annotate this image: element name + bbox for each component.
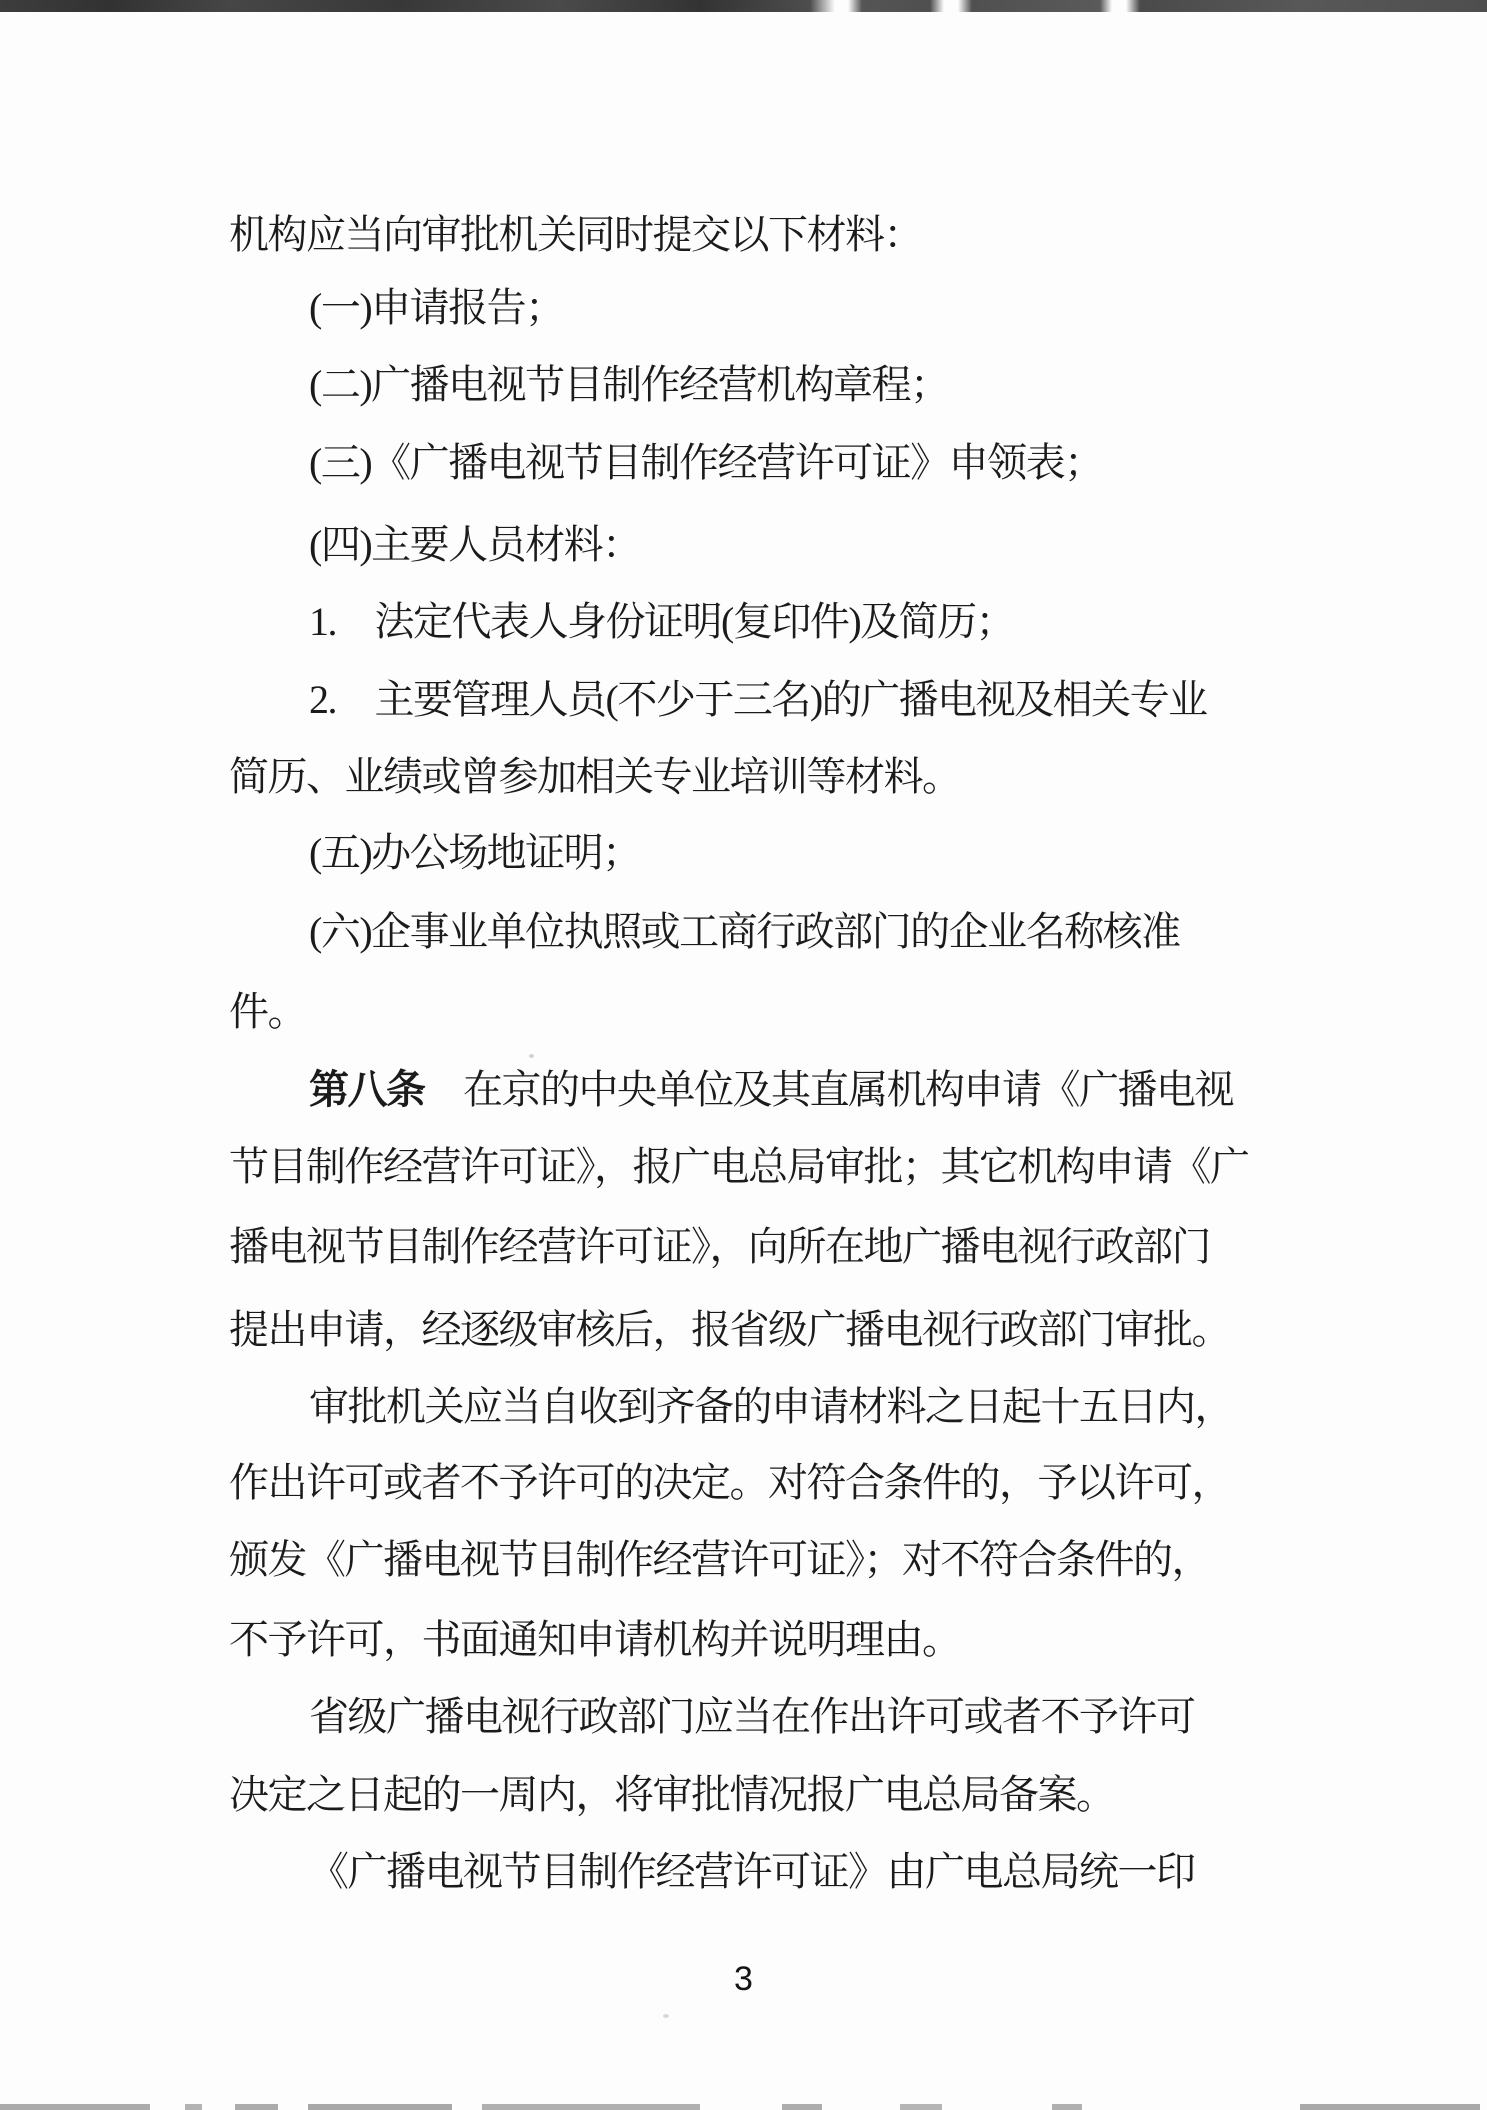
text-line: 简历、业绩或曾参加相关专业培训等材料。 — [229, 751, 961, 803]
text-line-numbered-item: 2. 主要管理人员(不少于三名)的广播电视及相关专业 — [309, 674, 1207, 726]
article-8-heading: 第八条 — [309, 1067, 425, 1112]
text-line-article-start: 第八条 在京的中央单位及其直属机构申请《广播电视 — [309, 1064, 1233, 1116]
article-8-text: 在京的中央单位及其直属机构申请《广播电视 — [425, 1067, 1234, 1112]
text-line-numbered-item: 1. 法定代表人身份证明(复印件)及简历； — [309, 596, 1014, 648]
text-line-paragraph-start: 省级广播电视行政部门应当在作出许可或者不予许可 — [309, 1691, 1195, 1743]
text-line-list-item: (三)《广播电视节目制作经营许可证》申领表； — [309, 437, 1103, 489]
text-line: 机构应当向审批机关同时提交以下材料： — [229, 209, 922, 261]
text-line: 件。 — [229, 986, 306, 1038]
text-line-paragraph-start: 《广播电视节目制作经营许可证》由广电总局统一印 — [309, 1846, 1195, 1898]
text-line: 作出许可或者不予许可的决定。对符合条件的，予以许可， — [229, 1457, 1230, 1509]
scan-speck — [529, 1054, 534, 1058]
text-line: 播电视节目制作经营许可证》，向所在地广播电视行政部门 — [229, 1221, 1210, 1273]
text-line-list-item: (一)申请报告； — [309, 282, 564, 334]
text-line: 颁发《广播电视节目制作经营许可证》；对不符合条件的， — [229, 1534, 1210, 1586]
text-line-list-item: (四)主要人员材料： — [309, 519, 641, 571]
text-line: 不予许可，书面通知申请机构并说明理由。 — [229, 1614, 961, 1666]
scan-speck — [663, 2014, 669, 2018]
text-line: 提出申请，经逐级审核后，报省级广播电视行政部门审批。 — [229, 1304, 1230, 1356]
text-line-list-item: (五)办公场地证明； — [309, 827, 641, 879]
text-line: 节目制作经营许可证》，报广电总局审批；其它机构申请《广 — [229, 1141, 1249, 1193]
text-line-list-item: (二)广播电视节目制作经营机构章程； — [309, 359, 949, 411]
scan-edge-artifact-bottom — [0, 2104, 1487, 2110]
scan-edge-artifact-top — [0, 0, 1487, 12]
page-number: 3 — [0, 1960, 1487, 1998]
document-page: 机构应当向审批机关同时提交以下材料： (一)申请报告； (二)广播电视节目制作经… — [0, 0, 1487, 2110]
text-line-list-item: (六)企事业单位执照或工商行政部门的企业名称核准 — [309, 906, 1180, 958]
text-line-paragraph-start: 审批机关应当自收到齐备的申请材料之日起十五日内， — [309, 1381, 1233, 1433]
text-line: 决定之日起的一周内，将审批情况报广电总局备案。 — [229, 1769, 1115, 1821]
